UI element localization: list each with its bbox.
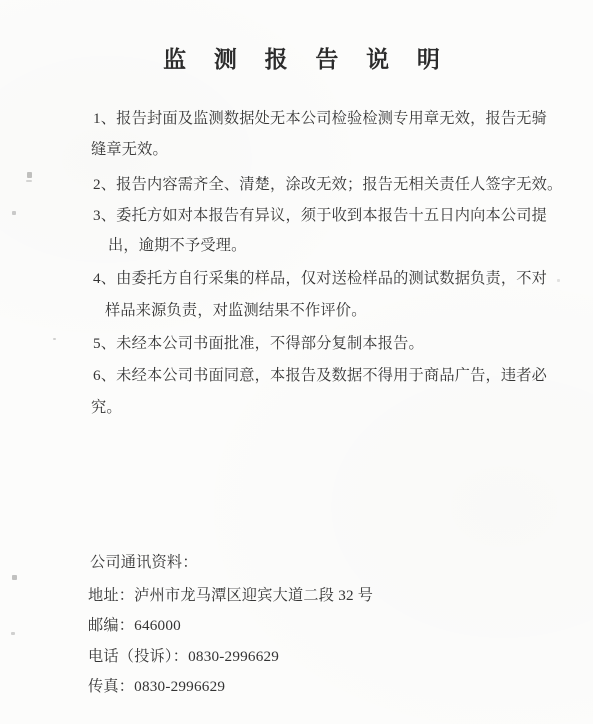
scan-speck <box>557 279 560 282</box>
scan-speck <box>53 338 56 340</box>
scan-speck <box>12 211 16 215</box>
note-4-line-2: 样品来源负责，对监测结果不作评价。 <box>105 303 367 319</box>
contact-fax: 传真：0830-2996629 <box>88 679 225 695</box>
note-4-line-1: 4、由委托方自行采集的样品，仅对送检样品的测试数据负责，不对 <box>93 271 547 287</box>
note-1-line-2: 缝章无效。 <box>91 142 168 158</box>
contact-phone: 电话（投诉）：0830-2996629 <box>88 649 279 665</box>
contact-address: 地址：泸州市龙马潭区迎宾大道二段 32 号 <box>88 588 373 604</box>
note-2-line-1: 2、报告内容需齐全、清楚，涂改无效；报告无相关责任人签字无效。 <box>93 177 562 193</box>
scan-speck <box>27 172 32 178</box>
note-6-line-2: 究。 <box>91 400 122 416</box>
contact-postal-code: 邮编：646000 <box>88 618 181 634</box>
note-1-line-1: 1、报告封面及监测数据处无本公司检验检测专用章无效，报告无骑 <box>93 111 547 127</box>
contact-heading: 公司通讯资料： <box>90 555 198 571</box>
note-3-line-2: 出，逾期不予受理。 <box>108 238 247 254</box>
page-title: 监 测 报 告 说 明 <box>0 41 593 74</box>
scan-speck <box>12 575 17 580</box>
scan-speck <box>11 632 15 635</box>
note-5-line-1: 5、未经本公司书面批准，不得部分复制本报告。 <box>93 336 424 352</box>
scan-speck <box>26 180 32 182</box>
note-6-line-1: 6、未经本公司书面同意，本报告及数据不得用于商品广告，违者必 <box>93 368 547 384</box>
note-3-line-1: 3、委托方如对本报告有异议，须于收到本报告十五日内向本公司提 <box>93 208 547 224</box>
scanned-report-notes-page: 监 测 报 告 说 明 1、报告封面及监测数据处无本公司检验检测专用章无效，报告… <box>0 0 593 724</box>
